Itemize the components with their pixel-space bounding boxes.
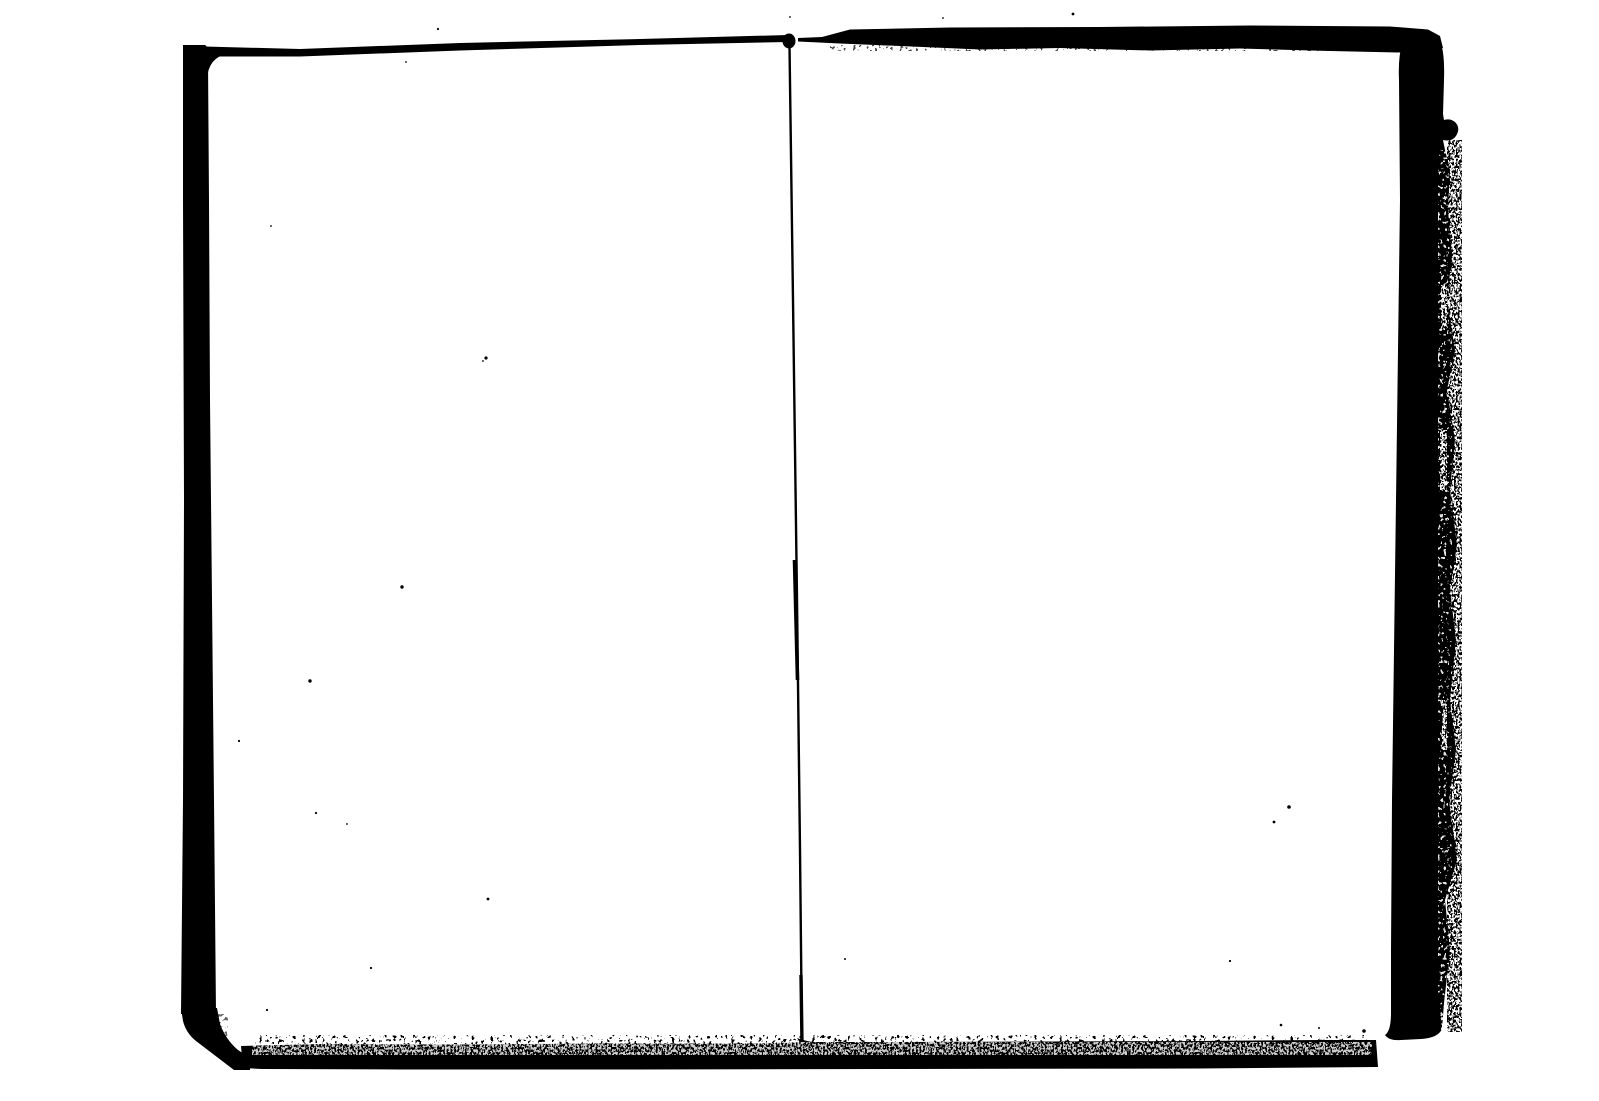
bottom-bar-top-fringe — [255, 1035, 1367, 1044]
right-page — [792, 52, 1390, 1038]
top-band-bottom-fringe — [830, 45, 1430, 51]
bottom-left-corner-speckle — [208, 1014, 228, 1046]
noise-speck — [1362, 1029, 1366, 1033]
noise-speck — [400, 585, 403, 588]
noise-speck — [346, 823, 348, 825]
noise-speck — [1280, 1024, 1283, 1027]
noise-speck — [266, 1009, 268, 1011]
book-scan — [181, 13, 1462, 1070]
noise-speck — [238, 740, 240, 742]
noise-speck — [315, 812, 317, 814]
noise-speck — [942, 17, 944, 19]
noise-speck — [484, 356, 487, 359]
noise-speck — [370, 967, 372, 969]
noise-speck — [789, 16, 791, 18]
scan-viewport — [0, 0, 1599, 1101]
noise-speck — [437, 28, 439, 30]
noise-speck — [487, 898, 490, 901]
book-scan-image — [0, 0, 1599, 1101]
noise-speck — [482, 360, 484, 362]
noise-speck — [1229, 960, 1231, 962]
right-edge-fringe-noise — [1447, 140, 1462, 1032]
left-page — [212, 58, 788, 1042]
noise-speck — [1318, 1027, 1320, 1029]
noise-speck — [1287, 805, 1291, 809]
spine-line-bottom-segment — [801, 975, 802, 1044]
noise-speck — [844, 958, 846, 960]
noise-speck — [405, 61, 407, 63]
noise-speck — [308, 679, 311, 682]
noise-speck — [1273, 821, 1276, 824]
noise-speck — [270, 225, 272, 227]
noise-speck — [1072, 13, 1075, 16]
